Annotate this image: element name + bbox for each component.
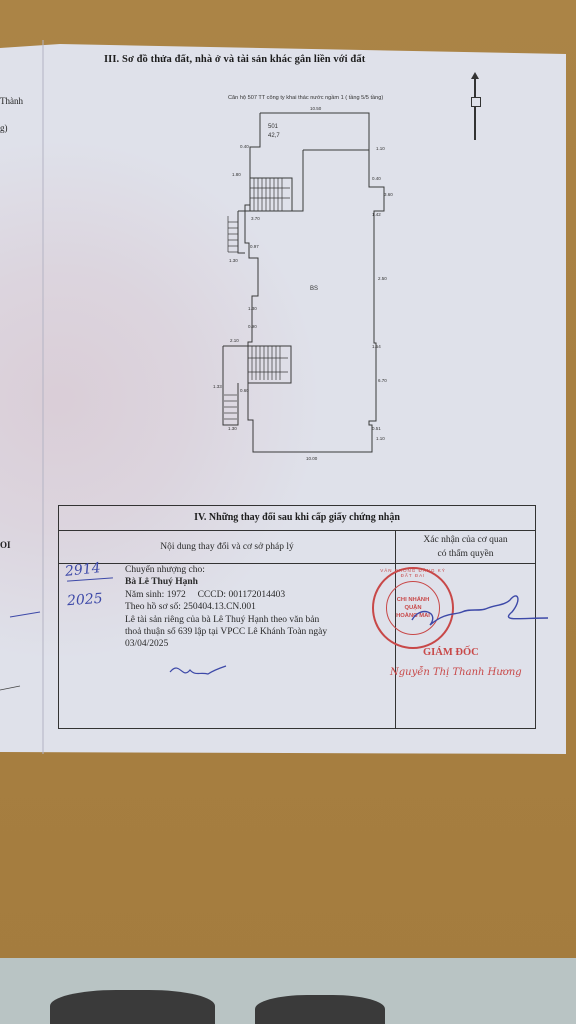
column-header-content: Nội dung thay đổi và cơ sở pháp lý	[59, 531, 395, 563]
column-header-confirmation: Xác nhận của cơ quan có thẩm quyền	[396, 533, 535, 561]
svg-text:0.90: 0.90	[248, 324, 257, 329]
entry-line-recipient: Bà Lê Thuý Hạnh	[125, 576, 393, 588]
section-iv-changes-table: IV. Những thay đổi sau khi cấp giấy chứn…	[58, 505, 536, 729]
table-header-row: Nội dung thay đổi và cơ sở pháp lý Xác n…	[59, 531, 535, 564]
handwritten-entry-number: 2914	[64, 560, 101, 580]
stamp-inner-circle: CHI NHÁNH QUẬN HOÀNG MAI	[386, 581, 440, 635]
svg-text:1.33: 1.33	[213, 384, 222, 389]
section-iv-title: IV. Những thay đổi sau khi cấp giấy chứn…	[59, 506, 535, 531]
stamp-line-3: HOÀNG MAI	[387, 612, 439, 620]
svg-text:1.30: 1.30	[228, 426, 237, 431]
svg-text:3.60: 3.60	[384, 192, 393, 197]
stamp-line-1: CHI NHÁNH	[387, 596, 439, 604]
svg-text:0.51: 0.51	[372, 426, 381, 431]
signer-title: GIÁM ĐỐC	[423, 647, 479, 658]
column-header-confirmation-line1: Xác nhận của cơ quan	[396, 533, 535, 547]
stamp-line-2: QUẬN	[387, 604, 439, 612]
svg-text:1.10: 1.10	[376, 146, 385, 151]
stamp-center-text: CHI NHÁNH QUẬN HOÀNG MAI	[387, 596, 439, 620]
svg-text:2.50: 2.50	[378, 276, 387, 281]
svg-text:0.40: 0.40	[372, 176, 381, 181]
entry-line-note-2: thoả thuận số 639 lập tại VPCC Lê Khánh …	[125, 626, 393, 638]
entry-line-file-number: Theo hồ sơ số: 250404.13.CN.001	[125, 601, 393, 613]
change-entry-text: Chuyển nhượng cho: Bà Lê Thuý Hạnh Năm s…	[125, 564, 393, 651]
svg-text:1.10: 1.10	[376, 436, 385, 441]
svg-text:10.00: 10.00	[306, 456, 318, 461]
entry-line-date: 03/04/2025	[125, 638, 393, 650]
svg-text:10.50: 10.50	[310, 106, 322, 111]
svg-text:42,7: 42,7	[268, 133, 280, 139]
svg-text:0.40: 0.40	[240, 144, 249, 149]
svg-text:6.70: 6.70	[378, 378, 387, 383]
svg-text:1.80: 1.80	[232, 172, 241, 177]
svg-text:2.10: 2.10	[230, 338, 239, 343]
svg-text:1.54: 1.54	[372, 344, 381, 349]
svg-text:3.70: 3.70	[251, 216, 260, 221]
entry-line-birth-id: Năm sinh: 1972 CCCD: 001172014403	[125, 589, 393, 601]
signer-name: Nguyễn Thị Thanh Hương	[390, 667, 522, 678]
svg-text:1.30: 1.30	[229, 258, 238, 263]
svg-text:501: 501	[268, 124, 279, 130]
official-red-stamp: VĂN PHÒNG ĐĂNG KÝ ĐẤT ĐAI CHI NHÁNH QUẬN…	[372, 567, 454, 649]
svg-text:BS: BS	[310, 286, 318, 292]
handwritten-entry-year: 2025	[66, 591, 103, 609]
stamp-ring-text: VĂN PHÒNG ĐĂNG KÝ ĐẤT ĐAI	[374, 568, 452, 578]
entry-line-transfer: Chuyển nhượng cho:	[125, 564, 393, 576]
column-header-confirmation-line2: có thẩm quyền	[396, 547, 535, 561]
svg-text:1.30: 1.30	[248, 306, 257, 311]
entry-line-note-1: Lê tài sản riêng của bà Lê Thuý Hạnh the…	[125, 614, 393, 626]
svg-text:0.60: 0.60	[240, 388, 249, 393]
svg-text:1.42: 1.42	[372, 212, 381, 217]
svg-text:0.97: 0.97	[250, 244, 259, 249]
